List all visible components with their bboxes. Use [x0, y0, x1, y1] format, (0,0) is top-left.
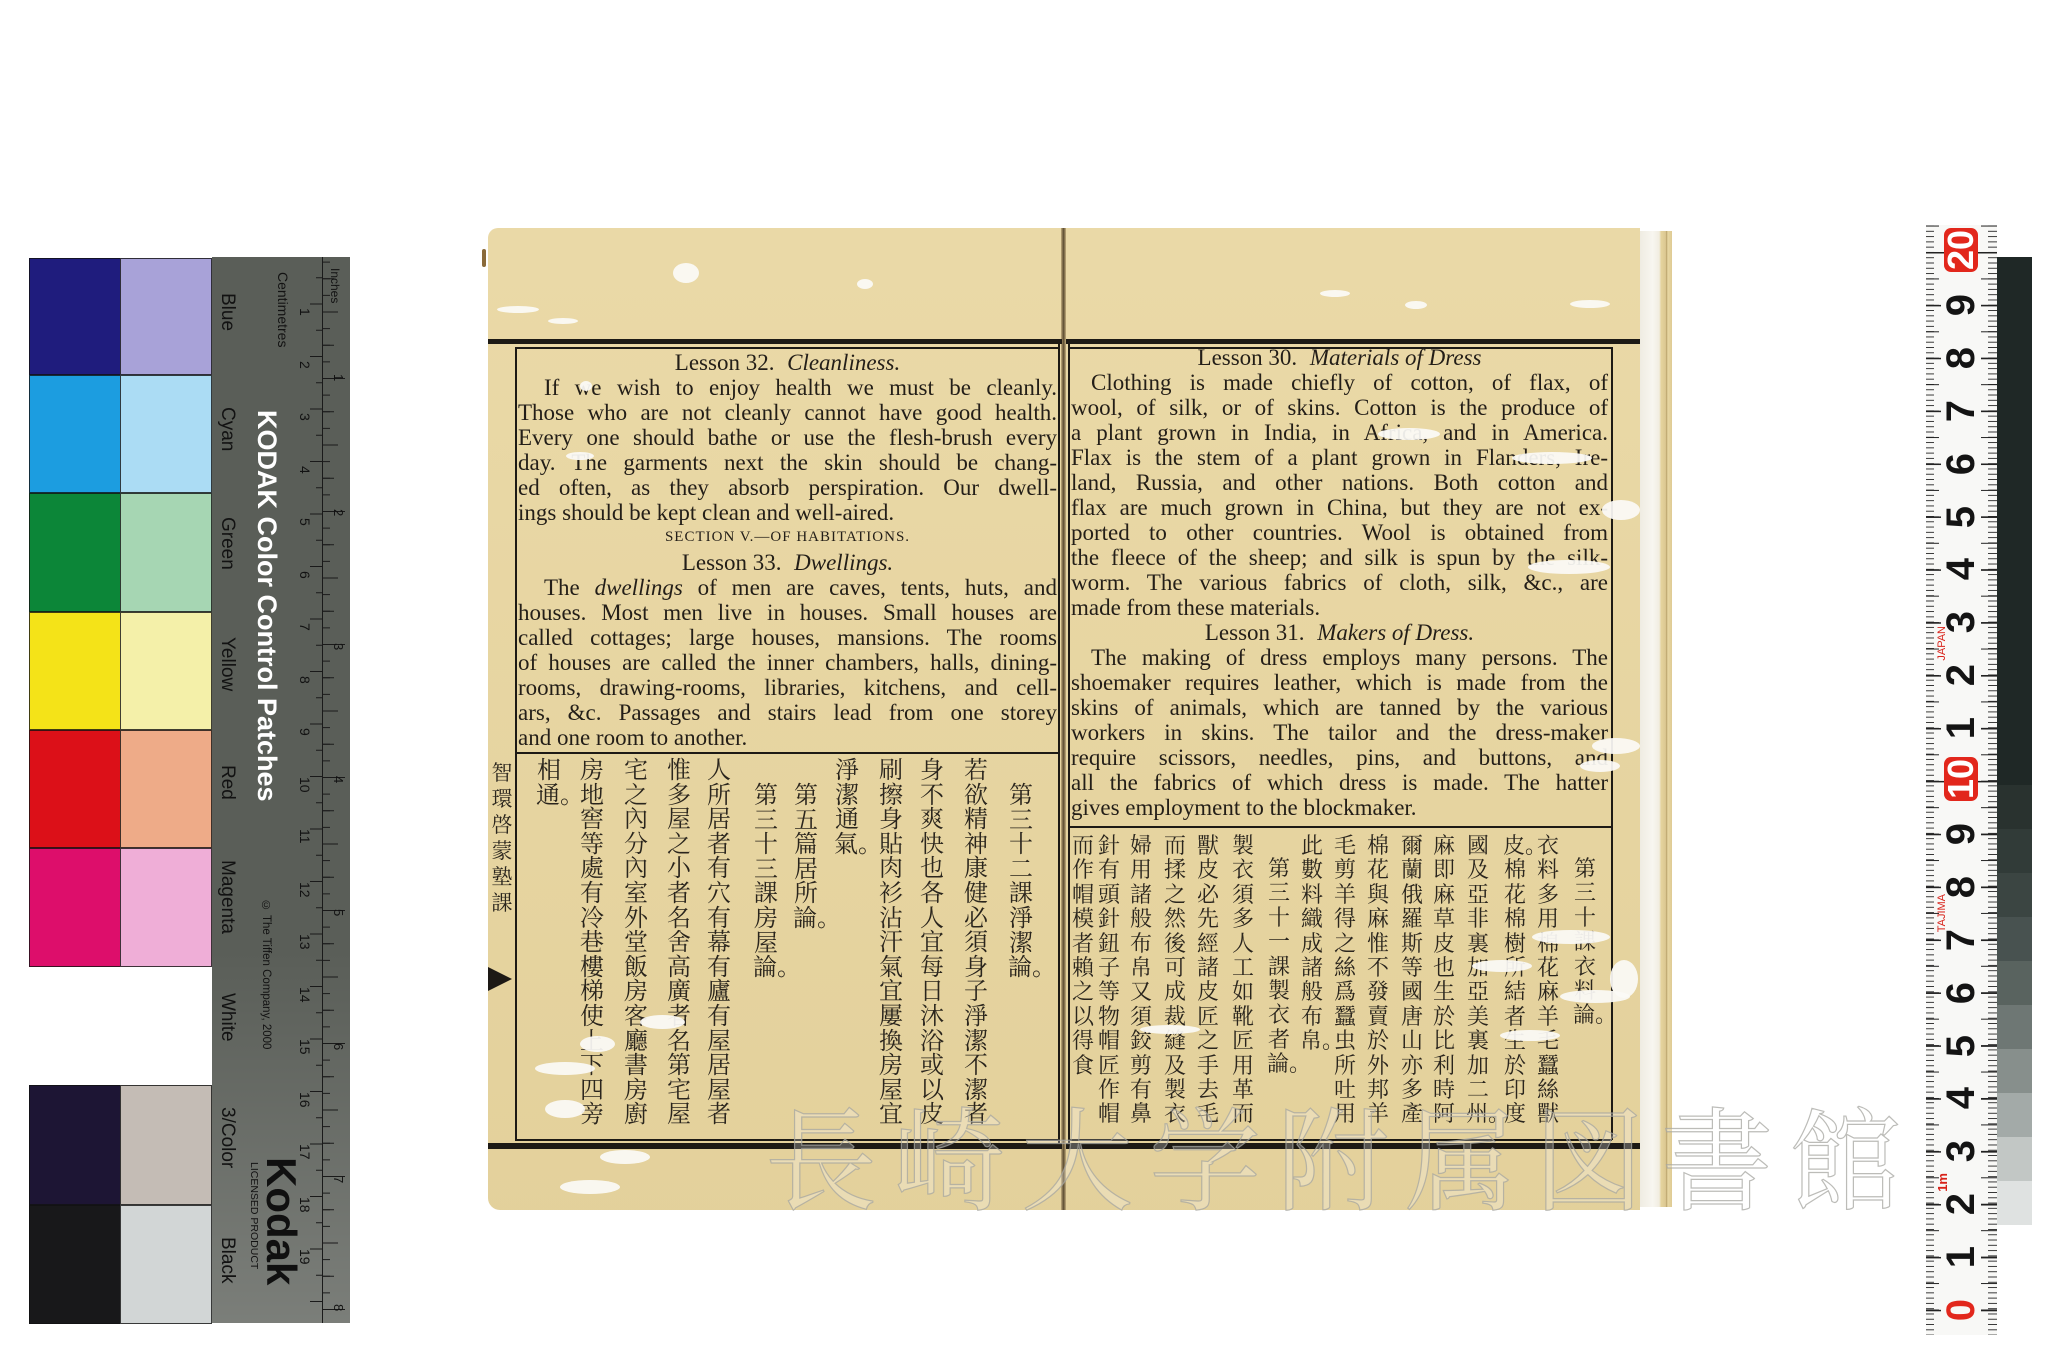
- chinese-column: 宅之內分內室外堂飯房客廳書房廚: [623, 758, 649, 1127]
- chinese-column: 若欲精神康健必須身子淨潔不潔者: [963, 758, 989, 1127]
- chinese-column: 身不爽快也各人宜每日沐浴或以皮: [919, 758, 945, 1127]
- cm-mark: 2: [297, 361, 313, 369]
- worm-hole: [545, 1100, 585, 1118]
- chinese-column: 衣料多用棉花麻羊毛蠶絲獸: [1536, 835, 1560, 1128]
- chinese-column: 毛剪羊得之絲爲蠶虫所吐用: [1333, 835, 1357, 1128]
- cm-mark: 18: [297, 1197, 313, 1213]
- text-line: worm. The various fabrics of cloth, silk…: [1071, 570, 1608, 595]
- worm-hole: [1570, 300, 1610, 308]
- worm-hole: [1512, 452, 1592, 464]
- tape-number: 0: [1941, 1299, 1981, 1321]
- chinese-column: 麻即麻草皮也生於比利時阿: [1432, 835, 1456, 1128]
- text-line: Every one should bathe or use the flesh-…: [518, 425, 1057, 450]
- lesson-label: Lesson 30.: [1198, 345, 1298, 370]
- left-english-text: Lesson 32.Cleanliness. If we wish to enj…: [518, 350, 1057, 750]
- worm-hole: [1378, 428, 1440, 440]
- tape-number: 8: [1941, 347, 1981, 369]
- patch-label-cyan: Cyan: [217, 407, 237, 451]
- text-line: day. The garments next the skin should b…: [518, 450, 1057, 475]
- inches-label: Inches: [328, 268, 342, 303]
- worm-hole: [1592, 738, 1640, 754]
- text-line: flax are much grown in China, but they a…: [1071, 495, 1608, 520]
- gray-step: [1997, 1005, 2032, 1049]
- tape-country-label: JAPAN: [1936, 626, 1948, 661]
- tape-number: 6: [1941, 453, 1981, 475]
- gray-step: [1997, 785, 2032, 829]
- cm-mark: 15: [297, 1039, 313, 1055]
- top-rule-left: [488, 339, 1062, 344]
- cm-mark: 13: [297, 934, 313, 950]
- lesson-33-heading: Lesson 33.Dwellings.: [518, 550, 1057, 575]
- inch-mark: 2: [331, 509, 345, 516]
- kodak-license-text: LICENSED PRODUCT: [248, 1162, 260, 1269]
- tape-unit-label: 1m: [1936, 1173, 1950, 1192]
- measuring-tape: 0 1 2 3 4 5 6 7 8 9 10 1 2 3 4 5 6 7 8 9…: [1926, 225, 1997, 1335]
- chinese-column: 第三十二課淨潔論。: [1008, 783, 1034, 980]
- inch-mark: 7: [331, 1176, 345, 1183]
- worm-hole: [580, 381, 592, 391]
- kodak-inch-ticks: [323, 257, 347, 1323]
- worm-hole: [1528, 560, 1610, 574]
- tape-number-10: 10: [1944, 757, 1978, 801]
- worm-hole: [600, 1150, 650, 1164]
- tape-number: 1: [1941, 1246, 1981, 1268]
- kodak-logo: Kodak: [261, 1157, 301, 1285]
- text-line: If we wish to enjoy health we must be cl…: [518, 375, 1057, 400]
- chinese-column: 針有頭針鈕子等物帽匠作帽: [1097, 835, 1121, 1128]
- library-watermark: 長崎大学附属図書館: [765, 1098, 1917, 1228]
- tape-number: 5: [1941, 506, 1981, 528]
- frame-line-right-inner: [1068, 344, 1070, 1149]
- tape-brand-label: TAJIMA: [1936, 894, 1948, 932]
- text-line: ars, &c. Passages and stairs lead from o…: [518, 700, 1057, 725]
- worm-hole: [535, 1062, 595, 1075]
- text-line: houses. Most men live in houses. Small h…: [518, 600, 1057, 625]
- text-line: wool, of silk, or of skins. Cotton is th…: [1071, 395, 1608, 420]
- chinese-column: 人所居者有穴有幕有廬有屋居屋者: [706, 758, 732, 1127]
- tape-number: 4: [1941, 1087, 1981, 1109]
- patch-label-black: Black: [217, 1237, 237, 1283]
- open-book-spread: Lesson 32.Cleanliness. If we wish to enj…: [488, 227, 1672, 1211]
- gray-step: [1997, 257, 2032, 785]
- text-line: called cottages; large houses, mansions.…: [518, 625, 1057, 650]
- text-line: gives employment to the blockmaker.: [1071, 795, 1608, 820]
- tape-number: 9: [1941, 294, 1981, 316]
- emphasis-span: dwellings: [595, 575, 683, 600]
- color-patch-white-tint: [120, 967, 212, 1085]
- chinese-column: 國及亞非裏加亞美裏加二州。: [1466, 835, 1490, 1128]
- chinese-column: 淨潔通氣。: [834, 758, 860, 856]
- section-heading: SECTION V.—OF HABITATIONS.: [518, 525, 1057, 550]
- text-line: skins of animals, which are tanned by th…: [1071, 695, 1608, 720]
- color-patch-blue-tint: [120, 258, 212, 375]
- chinese-column: 婦用諸般布帛又須鉸剪有鼻: [1129, 835, 1153, 1128]
- worm-hole: [560, 1180, 620, 1194]
- chinese-column: 第三十一課製衣者論。: [1267, 858, 1291, 1078]
- cm-mark: 5: [297, 518, 313, 526]
- divider-right: [1069, 826, 1612, 828]
- chinese-column: 棉花與麻惟不發賣於外邦羊: [1366, 835, 1390, 1128]
- color-patch-black: [29, 1205, 121, 1324]
- right-english-text: Lesson 30.Materials of Dress Clothing is…: [1071, 345, 1608, 820]
- lesson-title: Makers of Dress.: [1317, 620, 1474, 645]
- gray-step: [1997, 961, 2032, 1005]
- color-patch-red-tint: [120, 730, 212, 848]
- cm-mark: 12: [297, 882, 313, 898]
- text-line: all the fabrics of which dress is made. …: [1071, 770, 1608, 795]
- binding-thread: [482, 249, 486, 267]
- worm-hole: [1472, 960, 1532, 972]
- color-patch-3color-tint: [120, 1085, 212, 1205]
- color-patch-black-tint: [120, 1205, 212, 1324]
- gray-scale-strip: [1997, 257, 2032, 1225]
- color-patch-3color: [29, 1085, 121, 1205]
- cm-mark: 7: [297, 623, 313, 631]
- text-line: Clothing is made chiefly of cotton, of f…: [1071, 370, 1608, 395]
- cm-mark: 9: [297, 728, 313, 736]
- color-patch-yellow-tint: [120, 612, 212, 730]
- cm-mark: 3: [297, 413, 313, 421]
- text-line: The making of dress employs many persons…: [1071, 645, 1608, 670]
- cm-mark: 4: [297, 466, 313, 474]
- worm-hole: [1580, 760, 1620, 772]
- cm-mark: 10: [297, 777, 313, 793]
- text-line: ported to other countries. Wool is obtai…: [1071, 520, 1608, 545]
- cm-mark: 19: [297, 1249, 313, 1265]
- text-line: The dwellings of men are caves, tents, h…: [518, 575, 1057, 600]
- color-patch-yellow: [29, 612, 121, 730]
- text-span: The: [544, 575, 595, 600]
- worm-hole: [548, 318, 578, 324]
- chinese-column: 獸皮必先經諸皮匠之手去毛: [1196, 835, 1220, 1128]
- text-line: and one room to another.: [518, 725, 1057, 750]
- color-patch-green: [29, 493, 121, 612]
- text-line: made from these materials.: [1071, 595, 1608, 620]
- patch-label-red: Red: [217, 765, 237, 800]
- cm-mark: 11: [297, 829, 313, 844]
- tape-number: 5: [1941, 1035, 1981, 1057]
- inch-mark: 5: [331, 909, 345, 916]
- page-edges: [1640, 231, 1672, 1207]
- inch-mark: 1: [331, 374, 345, 381]
- cm-mark: 17: [297, 1144, 313, 1160]
- worm-hole: [1532, 930, 1610, 944]
- worm-hole: [1610, 960, 1638, 998]
- lesson-30-heading: Lesson 30.Materials of Dress: [1071, 345, 1608, 370]
- worm-hole: [566, 452, 594, 460]
- inch-mark: 4: [331, 776, 345, 783]
- gray-step: [1997, 1137, 2032, 1181]
- patch-label-blue: Blue: [217, 293, 237, 331]
- patch-label-3color: 3/Color: [217, 1107, 237, 1168]
- book-gutter: [1061, 228, 1066, 1210]
- gray-step: [1997, 1049, 2032, 1093]
- tape-number: 6: [1941, 982, 1981, 1004]
- lesson-31-heading: Lesson 31.Makers of Dress.: [1071, 620, 1608, 645]
- margin-book-title: 智環啓蒙塾課: [490, 760, 514, 916]
- cm-mark: 8: [297, 676, 313, 684]
- color-patch-cyan: [29, 375, 121, 493]
- tape-number-20: 20: [1944, 228, 1978, 272]
- tape-number: 9: [1941, 823, 1981, 845]
- gray-step: [1997, 1093, 2032, 1137]
- gray-step: [1997, 829, 2032, 873]
- worm-hole: [1405, 301, 1427, 309]
- lesson-title: Cleanliness.: [787, 350, 900, 375]
- worm-hole: [1500, 1030, 1560, 1041]
- gray-step: [1997, 873, 2032, 917]
- color-patch-green-tint: [120, 493, 212, 612]
- text-line: workers in skins. The tailor and the dre…: [1071, 720, 1608, 745]
- cm-mark: 6: [297, 571, 313, 579]
- kodak-color-control-target: Blue Cyan Green Yellow Red Magenta White…: [29, 257, 351, 1325]
- chinese-column: 刷擦身貼肉衫沾汗氣宜屢換房屋宜: [878, 758, 904, 1127]
- color-patch-magenta-tint: [120, 848, 212, 967]
- lesson-title: Materials of Dress: [1310, 345, 1482, 370]
- chinese-column: 而作帽模者賴之以得食: [1071, 835, 1095, 1079]
- lesson-label: Lesson 31.: [1205, 620, 1305, 645]
- cm-mark: 16: [297, 1092, 313, 1108]
- patch-label-yellow: Yellow: [217, 637, 237, 691]
- centimetres-label: Centimetres: [275, 272, 291, 347]
- tape-number: 3: [1941, 1140, 1981, 1162]
- lesson-32-heading: Lesson 32.Cleanliness.: [518, 350, 1057, 375]
- inch-mark: 6: [331, 1043, 345, 1050]
- top-thin-rule-left: [515, 347, 1060, 349]
- color-patch-blue: [29, 258, 121, 375]
- chinese-column: 爾蘭俄羅斯等國唐山亦多產: [1400, 835, 1424, 1128]
- chinese-column: 而揉之然後可成裁縫及製衣: [1163, 835, 1187, 1128]
- tape-number: 1: [1941, 717, 1981, 739]
- tape-number: 2: [1941, 1193, 1981, 1215]
- text-line: require scissors, needles, pins, and but…: [1071, 745, 1608, 770]
- tape-number: 2: [1941, 664, 1981, 686]
- patch-label-white: White: [217, 993, 237, 1042]
- worm-hole: [1140, 1025, 1200, 1034]
- worm-hole: [673, 263, 699, 283]
- color-patch-red: [29, 730, 121, 848]
- text-line: land, Russia, and other nations. Both co…: [1071, 470, 1608, 495]
- color-patch-magenta: [29, 848, 121, 967]
- cm-mark: 1: [297, 308, 313, 316]
- tape-number: 7: [1941, 400, 1981, 422]
- inch-mark: 8: [331, 1304, 345, 1311]
- chinese-column: 皮。棉花棉樹所結者生於印度: [1503, 835, 1527, 1128]
- chinese-column: 第五篇居所論。: [793, 783, 819, 931]
- text-span: of men are caves, tents, huts, and: [683, 575, 1057, 600]
- lesson-label: Lesson 32.: [675, 350, 775, 375]
- worm-hole: [1320, 290, 1350, 297]
- text-line: Those who are not cleanly cannot have go…: [518, 400, 1057, 425]
- binding-marker: [488, 967, 512, 991]
- chinese-column: 第三十三課房屋論。: [753, 783, 779, 980]
- color-patch-cyan-tint: [120, 375, 212, 493]
- divider-left: [515, 752, 1060, 754]
- lesson-title: Dwellings.: [794, 550, 893, 575]
- top-rule-right: [1066, 339, 1640, 344]
- frame-line-left-inner: [1058, 344, 1060, 1149]
- worm-hole: [857, 279, 873, 289]
- lesson-label: Lesson 33.: [682, 550, 782, 575]
- text-line: shoemaker requires leather, which is mad…: [1071, 670, 1608, 695]
- color-patch-white: [29, 967, 121, 1085]
- kodak-title: KODAK Color Control Patches: [252, 410, 282, 802]
- text-line: ings should be kept clean and well-aired…: [518, 500, 1057, 525]
- kodak-copyright: © The Tiffen Company, 2000: [259, 900, 272, 1049]
- patch-label-green: Green: [217, 517, 237, 570]
- gray-step: [1997, 1181, 2032, 1225]
- worm-hole: [640, 1015, 685, 1029]
- chinese-column: 相通。: [536, 758, 562, 807]
- worm-hole: [580, 1036, 615, 1052]
- tape-number: 4: [1941, 558, 1981, 580]
- chinese-column: 惟多屋之小者名舍高廣者名第宅屋: [666, 758, 692, 1127]
- gray-step: [1997, 917, 2032, 961]
- text-line: ed often, as they absorb perspiration. O…: [518, 475, 1057, 500]
- text-line: rooms, drawing-rooms, libraries, kitchen…: [518, 675, 1057, 700]
- worm-hole: [1602, 500, 1640, 520]
- frame-line-left-outer: [515, 347, 517, 1140]
- worm-hole: [497, 306, 539, 313]
- text-line: of houses are called the inner chambers,…: [518, 650, 1057, 675]
- tape-number: 7: [1941, 929, 1981, 951]
- chinese-column: 製衣須多人工如靴匠用革而: [1231, 835, 1255, 1128]
- chinese-column: 此數料織成諸般布帛。: [1300, 835, 1324, 1055]
- patch-label-magenta: Magenta: [217, 860, 237, 934]
- text-line: a plant grown in India, in Africa, and i…: [1071, 420, 1608, 445]
- inch-mark: 3: [331, 643, 345, 650]
- cm-mark: 14: [297, 987, 313, 1003]
